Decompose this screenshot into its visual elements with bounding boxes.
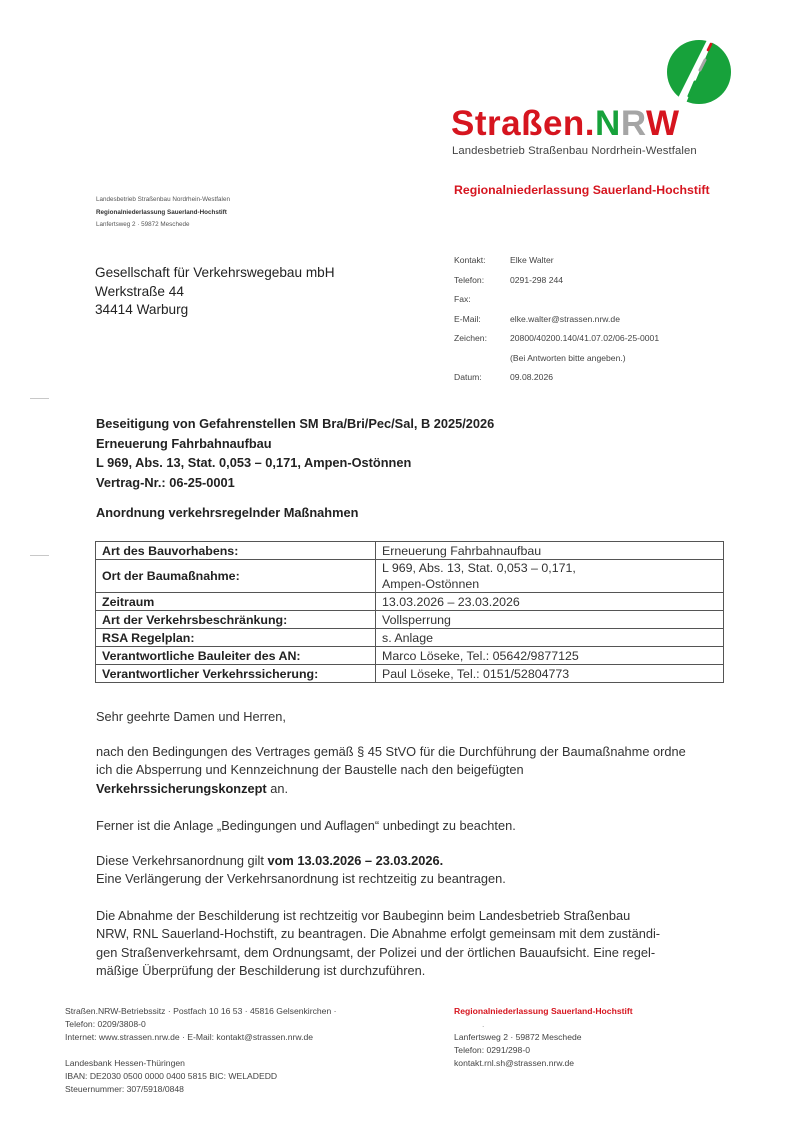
footer-line: Internet: www.strassen.nrw.de · E-Mail: … <box>65 1031 336 1044</box>
table-key: Verantwortliche Bauleiter des AN: <box>96 647 376 665</box>
contact-label: Telefon: <box>454 275 510 285</box>
logo-letter-r: R <box>621 104 646 143</box>
paragraph-4-line: mäßige Überprüfung der Beschilderung ist… <box>96 962 736 980</box>
contact-value: Elke Walter <box>510 255 554 265</box>
logo-letter-w: W <box>646 104 680 143</box>
contact-label: Datum: <box>454 372 510 382</box>
table-row: Verantwortlicher Verkehrssicherung:Paul … <box>96 665 724 683</box>
paragraph-3: Diese Verkehrsanordnung gilt vom 13.03.2… <box>96 852 736 889</box>
fold-mark-top <box>30 398 49 399</box>
subject-line-4: Vertrag-Nr.: 06-25-0001 <box>96 473 494 493</box>
table-row: Ort der Baumaßnahme:L 969, Abs. 13, Stat… <box>96 560 724 593</box>
table-value: Vollsperrung <box>376 611 724 629</box>
subject-heading: Anordnung verkehrsregelnder Maßnahmen <box>96 505 358 520</box>
paragraph-1-text: nach den Bedingungen des Vertrages gemäß… <box>96 744 686 777</box>
road-circle-icon <box>667 40 731 104</box>
contact-value: 09.08.2026 <box>510 372 553 382</box>
table-key: Art der Verkehrsbeschränkung: <box>96 611 376 629</box>
table-value: 13.03.2026 – 23.03.2026 <box>376 593 724 611</box>
table-key: Zeitraum <box>96 593 376 611</box>
footer-right: Regionalniederlassung Sauerland-Hochstif… <box>454 1005 633 1070</box>
footer-line: kontakt.rnl.sh@strassen.nrw.de <box>454 1057 633 1070</box>
table-row: Art der Verkehrsbeschränkung:Vollsperrun… <box>96 611 724 629</box>
paragraph-2: Ferner ist die Anlage „Bedingungen und A… <box>96 817 736 835</box>
table-row: Verantwortliche Bauleiter des AN:Marco L… <box>96 647 724 665</box>
footer-line: IBAN: DE2030 0500 0000 0400 5815 BIC: WE… <box>65 1070 336 1083</box>
recipient-city: 34414 Warburg <box>95 301 335 320</box>
table-value: Paul Löseke, Tel.: 0151/52804773 <box>376 665 724 683</box>
measures-table: Art des Bauvorhabens:Erneuerung Fahrbahn… <box>95 541 724 683</box>
paragraph-1: nach den Bedingungen des Vertrages gemäß… <box>96 743 696 798</box>
table-value: Erneuerung Fahrbahnaufbau <box>376 542 724 560</box>
contact-value: 0291-298 244 <box>510 275 563 285</box>
footer-line: Telefon: 0209/3808-0 <box>65 1018 336 1031</box>
table-row: Art des Bauvorhabens:Erneuerung Fahrbahn… <box>96 542 724 560</box>
sender-address: Landesbetrieb Straßenbau Nordrhein-Westf… <box>96 194 230 232</box>
contact-label: Kontakt: <box>454 255 510 265</box>
logo-letter-n: N <box>595 104 621 143</box>
region-title: Regionalniederlassung Sauerland-Hochstif… <box>454 183 710 197</box>
footer-line: Straßen.NRW-Betriebssitz · Postfach 10 1… <box>65 1005 336 1018</box>
contact-label: Fax: <box>454 294 510 304</box>
footer-line: Telefon: 0291/298-0 <box>454 1044 633 1057</box>
paragraph-1-end: an. <box>267 781 288 796</box>
salutation: Sehr geehrte Damen und Herren, <box>96 708 736 726</box>
footer-dot: . <box>454 1018 633 1031</box>
footer-line: Lanfertsweg 2 · 59872 Meschede <box>454 1031 633 1044</box>
table-value: Marco Löseke, Tel.: 05642/9877125 <box>376 647 724 665</box>
subject-line-1: Beseitigung von Gefahrenstellen SM Bra/B… <box>96 414 494 434</box>
footer-spacer <box>65 1044 336 1057</box>
paragraph-4-line: NRW, RNL Sauerland-Hochstift, zu beantra… <box>96 925 736 943</box>
sender-line-1: Landesbetrieb Straßenbau Nordrhein-Westf… <box>96 194 230 207</box>
fold-mark-middle <box>30 555 49 556</box>
paragraph-4-line: Die Abnahme der Beschilderung ist rechtz… <box>96 907 736 925</box>
brand-logo-wordmark: Straßen.NRW <box>451 104 680 144</box>
paragraph-3-bold: vom 13.03.2026 – 23.03.2026. <box>267 853 443 868</box>
paragraph-1-bold: Verkehrssicherungskonzept <box>96 781 267 796</box>
paragraph-4-line: gen Straßenverkehrsamt, dem Ordnungsamt,… <box>96 944 736 962</box>
contact-value: (Bei Antworten bitte angeben.) <box>510 353 626 363</box>
paragraph-3-line-2: Eine Verlängerung der Verkehrsanordnung … <box>96 870 736 888</box>
table-key: RSA Regelplan: <box>96 629 376 647</box>
table-row: RSA Regelplan:s. Anlage <box>96 629 724 647</box>
paragraph-4: Die Abnahme der Beschilderung ist rechtz… <box>96 907 736 981</box>
footer-right-title: Regionalniederlassung Sauerland-Hochstif… <box>454 1005 633 1018</box>
contact-value: 20800/40200.140/41.07.02/06-25-0001 <box>510 333 659 343</box>
subject-block: Beseitigung von Gefahrenstellen SM Bra/B… <box>96 414 494 492</box>
sender-line-3: Lanfertsweg 2 · 59872 Meschede <box>96 219 230 232</box>
footer-line: Steuernummer: 307/5918/0848 <box>65 1083 336 1096</box>
table-value-line-2: Ampen-Ostönnen <box>382 576 717 592</box>
subject-line-2: Erneuerung Fahrbahnaufbau <box>96 434 494 454</box>
table-key: Verantwortlicher Verkehrssicherung: <box>96 665 376 683</box>
subject-line-3: L 969, Abs. 13, Stat. 0,053 – 0,171, Amp… <box>96 453 494 473</box>
table-value: L 969, Abs. 13, Stat. 0,053 – 0,171,Ampe… <box>376 560 724 593</box>
table-key: Art des Bauvorhabens: <box>96 542 376 560</box>
table-value-line-1: L 969, Abs. 13, Stat. 0,053 – 0,171, <box>382 560 717 576</box>
footer-left: Straßen.NRW-Betriebssitz · Postfach 10 1… <box>65 1005 336 1096</box>
paragraph-3-text: Diese Verkehrsanordnung gilt <box>96 853 267 868</box>
contact-label: Zeichen: <box>454 333 510 343</box>
contact-email-link[interactable]: elke.walter@strassen.nrw.de <box>510 314 620 324</box>
table-row: Zeitraum13.03.2026 – 23.03.2026 <box>96 593 724 611</box>
footer-line: Landesbank Hessen-Thüringen <box>65 1057 336 1070</box>
table-value: s. Anlage <box>376 629 724 647</box>
logo-subtitle: Landesbetrieb Straßenbau Nordrhein-Westf… <box>452 145 697 157</box>
recipient-street: Werkstraße 44 <box>95 283 335 302</box>
table-key: Ort der Baumaßnahme: <box>96 560 376 593</box>
sender-line-2: Regionalniederlassung Sauerland-Hochstif… <box>96 207 230 220</box>
contact-label: E-Mail: <box>454 314 510 324</box>
logo-word-strassen: Straßen. <box>451 104 595 143</box>
recipient-address: Gesellschaft für Verkehrswegebau mbH Wer… <box>95 264 335 320</box>
recipient-name: Gesellschaft für Verkehrswegebau mbH <box>95 264 335 283</box>
